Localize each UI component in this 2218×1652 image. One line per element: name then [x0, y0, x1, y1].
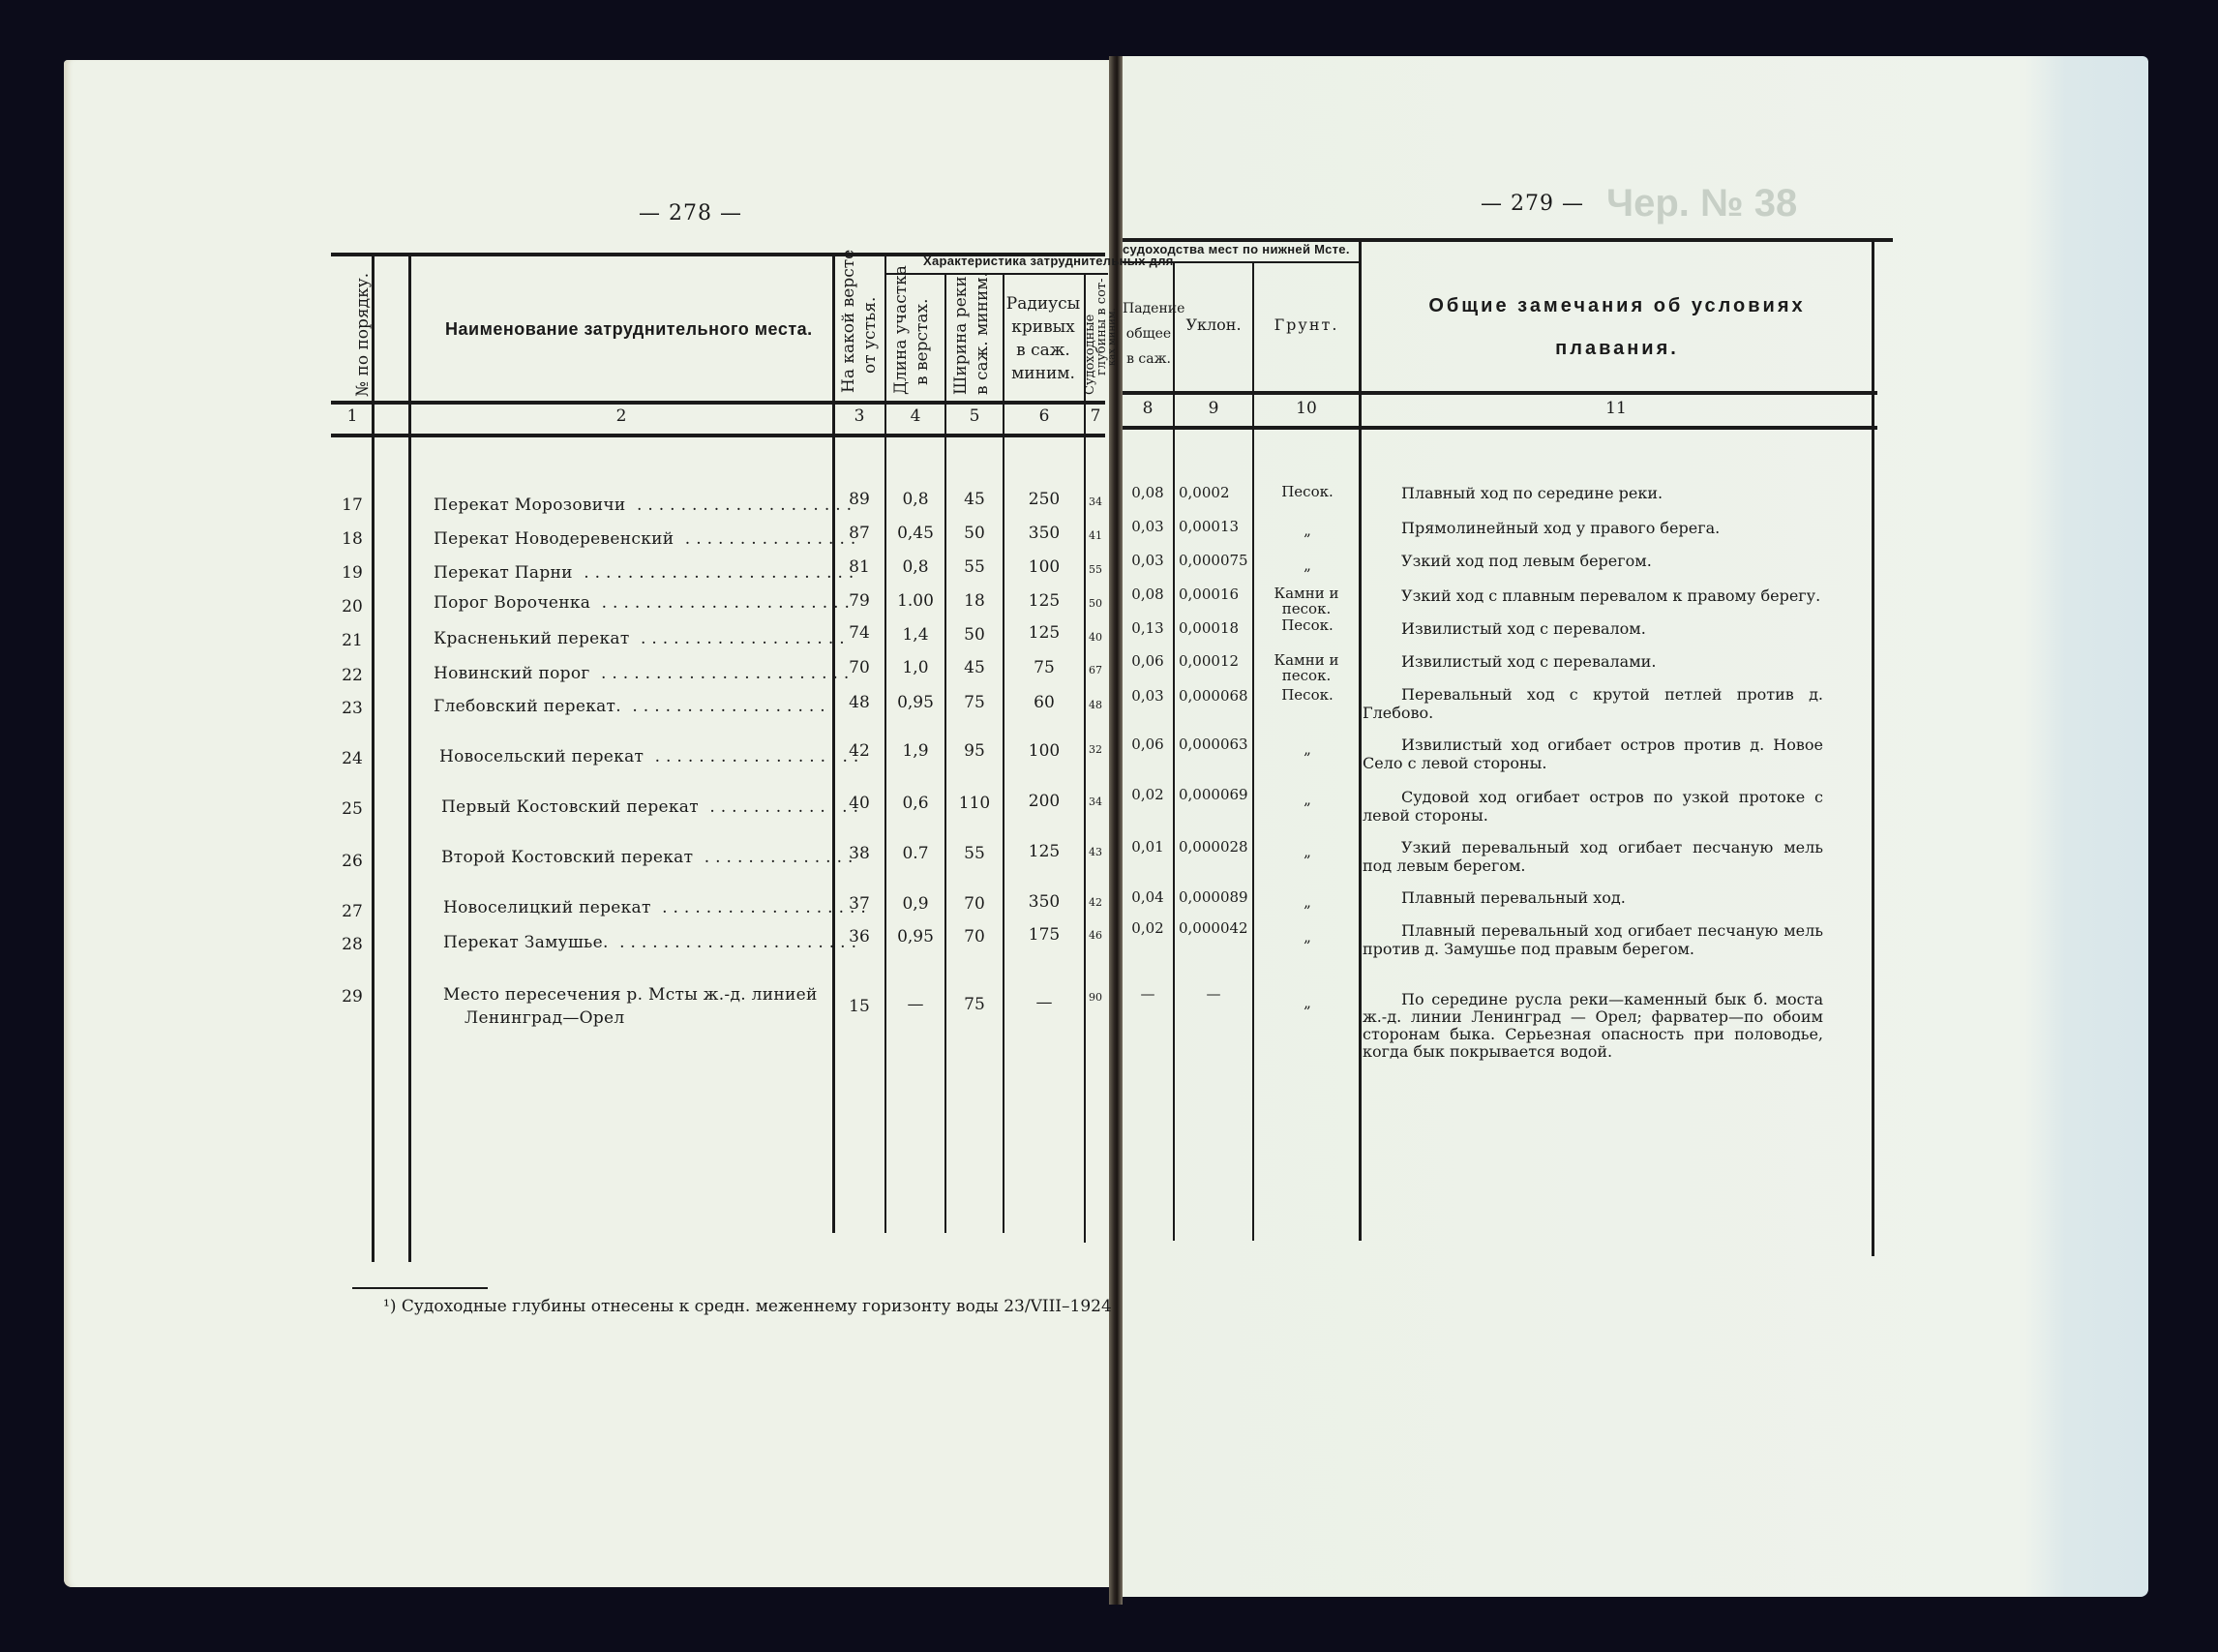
bleed-through-text: Чер. № 38	[1606, 182, 1797, 225]
row-width: 55	[946, 844, 1003, 863]
leader-dots: ......................	[609, 933, 862, 952]
header-col8: Падение общее в саж.	[1123, 296, 1175, 372]
row-width: 75	[946, 693, 1003, 712]
row-versta: 70	[834, 658, 884, 677]
row-length: 0,95	[886, 927, 944, 946]
row-versta: 81	[834, 557, 884, 577]
row-versta: 89	[834, 490, 884, 509]
row-depth: 46	[1086, 929, 1105, 942]
row-radius: 250	[1004, 490, 1084, 509]
colnum-11: 11	[1361, 399, 1872, 418]
row-no: 29	[333, 987, 372, 1006]
row-depth: 48	[1086, 699, 1105, 711]
row-width: 18	[946, 591, 1003, 611]
row-depth: 67	[1086, 664, 1105, 676]
row-slope: —	[1175, 985, 1252, 1003]
row-versta: 37	[834, 894, 884, 914]
row-length: 1,4	[886, 625, 944, 645]
row-soil: „	[1254, 844, 1361, 859]
row-soil: „	[1254, 995, 1361, 1010]
row-length: 0,6	[886, 794, 944, 813]
header-col4-line1: Длина участка	[890, 265, 912, 395]
row-versta: 42	[834, 741, 884, 761]
row-remark: Узкий перевальный ход огибает песчаную м…	[1363, 838, 1823, 875]
colnum-4: 4	[886, 406, 944, 426]
row-no: 24	[333, 749, 372, 768]
header-col6-line1: Радиусы	[1003, 292, 1084, 315]
row-no: 21	[333, 631, 372, 650]
row-slope: 0,000068	[1179, 687, 1248, 705]
row-no: 17	[333, 496, 372, 515]
row-versta: 74	[834, 623, 884, 643]
row-length: 0,9	[886, 894, 944, 914]
row-radius: 200	[1004, 792, 1084, 811]
row-fall: 0,06	[1123, 736, 1173, 753]
row-remark: Извилистый ход огибает остров против д. …	[1363, 736, 1823, 772]
row-remark: Узкий ход с плавным перевалом к правому …	[1401, 586, 1862, 605]
row-soil: Камни и песок.	[1268, 652, 1345, 683]
row-width: 50	[946, 625, 1003, 645]
row-width: 70	[946, 927, 1003, 946]
row-radius: 125	[1004, 591, 1084, 611]
row-name: Порог Вороченка .......................	[434, 593, 855, 613]
row-no: 27	[333, 902, 372, 921]
row-depth: 55	[1086, 563, 1105, 576]
row-fall: 0,13	[1123, 619, 1173, 637]
header-col4-line2: в верстах.	[912, 298, 933, 385]
colnum-1: 1	[333, 406, 372, 426]
table-right-edge	[1872, 240, 1874, 1256]
row-length: 0,45	[886, 524, 944, 543]
row-depth: 34	[1086, 496, 1105, 508]
row-no: 26	[333, 852, 372, 871]
row-name: Красненький перекат ...................	[434, 629, 851, 648]
row-radius: —	[1004, 993, 1084, 1012]
row-radius: 125	[1004, 623, 1084, 643]
row-soil: Песок.	[1254, 687, 1361, 703]
row-length: 0,8	[886, 490, 944, 509]
header-col6-line4: миним.	[1003, 362, 1084, 385]
row-soil: Камни и песок.	[1268, 586, 1345, 616]
row-no: 19	[333, 563, 372, 583]
row-versta: 15	[834, 997, 884, 1016]
row-no: 25	[333, 799, 372, 819]
colnum-5: 5	[946, 406, 1003, 426]
row-radius: 125	[1004, 842, 1084, 861]
row-length: 0,95	[886, 693, 944, 712]
row-soil: Песок.	[1254, 617, 1361, 633]
row-slope: 0,00012	[1179, 652, 1239, 670]
row-fall: 0,06	[1123, 652, 1173, 670]
row-width: 50	[946, 524, 1003, 543]
row-slope: 0,000089	[1179, 888, 1248, 906]
row-versta: 40	[834, 794, 884, 813]
leader-dots: ...................	[621, 697, 842, 716]
row-radius: 100	[1004, 741, 1084, 761]
row-fall: 0,08	[1123, 484, 1173, 501]
colnum-2: 2	[410, 406, 832, 426]
row-no: 23	[333, 699, 372, 718]
page-number-right: — 279 —	[1481, 192, 1584, 216]
colnum-8: 8	[1123, 399, 1173, 418]
row-fall: 0,03	[1123, 687, 1173, 705]
row-name: Перекат Замушье. ......................	[443, 933, 862, 952]
row-depth: 42	[1086, 896, 1105, 909]
row-width: 45	[946, 658, 1003, 677]
book-gutter	[1109, 56, 1123, 1605]
row-fall: 0,01	[1123, 838, 1173, 856]
colnum-6: 6	[1004, 406, 1084, 426]
colnum-9: 9	[1175, 399, 1252, 418]
header-col3-line1: На какой версте	[838, 250, 859, 393]
row-radius: 175	[1004, 925, 1084, 945]
row-no: 22	[333, 666, 372, 685]
row-soil: „	[1254, 792, 1361, 807]
row-radius: 60	[1004, 693, 1084, 712]
leader-dots: .......................	[590, 593, 855, 613]
row-fall: 0,02	[1123, 786, 1173, 803]
row-depth: 32	[1086, 743, 1105, 756]
row-depth: 40	[1086, 631, 1105, 644]
row-depth: 50	[1086, 597, 1105, 610]
header-col5-line2: в саж. миним.	[972, 272, 993, 395]
row-fall: 0,04	[1123, 888, 1173, 906]
row-radius: 350	[1004, 524, 1084, 543]
row-remark: Перевальный ход с крутой петлей против д…	[1363, 685, 1823, 722]
row-soil: „	[1254, 929, 1361, 945]
row-no: 18	[333, 529, 372, 549]
row-length: —	[886, 995, 944, 1014]
header-col8-line1: Падение	[1123, 296, 1175, 321]
row-soil: „	[1254, 741, 1361, 757]
header-col6-line2: кривых	[1003, 315, 1084, 339]
row-remark: Плавный перевальный ход огибает песчаную…	[1363, 921, 1823, 958]
row-name: Глебовский перекат. ...................	[434, 697, 842, 716]
row-width: 75	[946, 995, 1003, 1014]
header-col11-line1: Общие замечания об условиях	[1361, 285, 1873, 327]
row-width: 110	[946, 794, 1003, 813]
colnum-7: 7	[1086, 406, 1105, 426]
leader-dots: ....................	[626, 496, 857, 515]
row-length: 1,0	[886, 658, 944, 677]
row-slope: 0,000075	[1179, 552, 1248, 569]
row-name: Перекат Морозовичи ....................	[434, 496, 857, 515]
row-versta: 48	[834, 693, 884, 712]
header-col2: Наименование затруднительного места.	[445, 319, 813, 340]
row-remark: Плавный перевальный ход.	[1401, 888, 1862, 907]
colnum-bottom-rule-left	[331, 434, 1105, 437]
row-length: 0.7	[886, 844, 944, 863]
row-depth: 41	[1086, 529, 1105, 542]
row-name: Перекат Новодеревенский ................	[434, 529, 861, 549]
header-bottom-rule-left	[331, 401, 1105, 405]
leader-dots: .........................	[573, 563, 860, 583]
row-slope: 0,00016	[1179, 586, 1239, 603]
row-radius: 75	[1004, 658, 1084, 677]
row-remark: Извилистый ход с перевалами.	[1401, 652, 1862, 671]
super-header-right: судоходства мест по нижней Мсте.	[1123, 242, 1350, 256]
header-col3-line2: от устья.	[859, 297, 881, 374]
row-remark: Судовой ход огибает остров по узкой прот…	[1363, 788, 1823, 825]
row-length: 1.00	[886, 591, 944, 611]
header-bottom-rule-right	[1123, 391, 1877, 395]
header-col8-line2: общее	[1123, 321, 1175, 346]
row-slope: 0,00013	[1179, 518, 1239, 535]
row-name: Перекат Парни .........................	[434, 563, 859, 583]
row-depth: 34	[1086, 796, 1105, 808]
row-soil: „	[1254, 523, 1361, 538]
row-versta: 87	[834, 524, 884, 543]
header-col6: Радиусы кривых в саж. миним.	[1003, 292, 1084, 385]
header-col5-line1: Ширина реки	[950, 276, 972, 395]
row-soil: „	[1254, 557, 1361, 573]
row-name: Новоселицкий перекат ...................	[443, 898, 872, 917]
header-col8-line3: в саж.	[1123, 346, 1175, 372]
row-fall: 0,02	[1123, 919, 1173, 937]
row-depth: 43	[1086, 846, 1105, 858]
row-name: Второй Костовский перекат ..............	[441, 848, 858, 867]
row-fall: 0,03	[1123, 552, 1173, 569]
col-divider-1	[372, 255, 375, 1262]
row-width: 95	[946, 741, 1003, 761]
row-slope: 0,000042	[1179, 919, 1248, 937]
row-length: 0,8	[886, 557, 944, 577]
leader-dots: ...................	[644, 747, 864, 766]
row-width: 45	[946, 490, 1003, 509]
row-no: 28	[333, 935, 372, 954]
row-soil: „	[1254, 894, 1361, 910]
row-width: 55	[946, 557, 1003, 577]
row-name-line2: Ленинград—Орел	[465, 1008, 625, 1028]
row-slope: 0,000028	[1179, 838, 1248, 856]
row-length: 1,9	[886, 741, 944, 761]
row-remark: Узкий ход под левым берегом.	[1401, 552, 1862, 570]
row-slope: 0,0002	[1179, 484, 1230, 501]
row-fall: 0,03	[1123, 518, 1173, 535]
leader-dots: ...................	[630, 629, 851, 648]
row-name: Место пересечения р. Мсты ж.-д. линией	[443, 985, 818, 1005]
colnum-10: 10	[1254, 399, 1359, 418]
colnum-3: 3	[834, 406, 884, 426]
row-fall: 0,08	[1123, 586, 1173, 603]
row-slope: 0,000063	[1179, 736, 1248, 753]
header-col6-line3: в саж.	[1003, 339, 1084, 362]
col-divider-10	[1359, 240, 1362, 1241]
header-col10: Грунт.	[1254, 315, 1359, 334]
header-col7-line3: ках миним.	[1106, 308, 1120, 366]
row-versta: 38	[834, 844, 884, 863]
header-col11-line2: плавания.	[1361, 327, 1873, 370]
row-radius: 350	[1004, 892, 1084, 912]
header-col9: Уклон.	[1175, 315, 1252, 334]
row-remark: Извилистый ход с перевалом.	[1401, 619, 1862, 638]
row-versta: 79	[834, 591, 884, 611]
row-slope: 0,00018	[1179, 619, 1239, 637]
colnum-bottom-rule-right	[1123, 426, 1877, 430]
row-remark: Прямолинейный ход у правого берега.	[1401, 519, 1862, 537]
header-col1: № по порядку.	[352, 261, 374, 397]
row-depth: 90	[1086, 991, 1105, 1004]
header-col11: Общие замечания об условиях плавания.	[1361, 285, 1873, 370]
footnote-rule	[352, 1287, 488, 1289]
row-name: Новинский порог .......................	[434, 664, 854, 683]
footnote: ¹) Судоходные глубины отнесены к средн. …	[383, 1297, 1112, 1316]
row-remark: По середине русла реки—каменный бык б. м…	[1363, 991, 1823, 1061]
page-number-left: — 278 —	[639, 201, 742, 225]
row-fall: —	[1123, 985, 1173, 1003]
row-slope: 0,000069	[1179, 786, 1248, 803]
row-remark: Плавный ход по середине реки.	[1401, 484, 1862, 502]
row-soil: Песок.	[1254, 484, 1361, 499]
row-name: Первый Костовский перекат ..............	[441, 797, 864, 817]
row-versta: 36	[834, 927, 884, 946]
row-radius: 100	[1004, 557, 1084, 577]
row-name: Новосельский перекат ...................	[439, 747, 864, 766]
super-header-rule-left	[885, 273, 1108, 275]
leader-dots: .......................	[590, 664, 855, 683]
row-width: 70	[946, 894, 1003, 914]
row-no: 20	[333, 597, 372, 616]
